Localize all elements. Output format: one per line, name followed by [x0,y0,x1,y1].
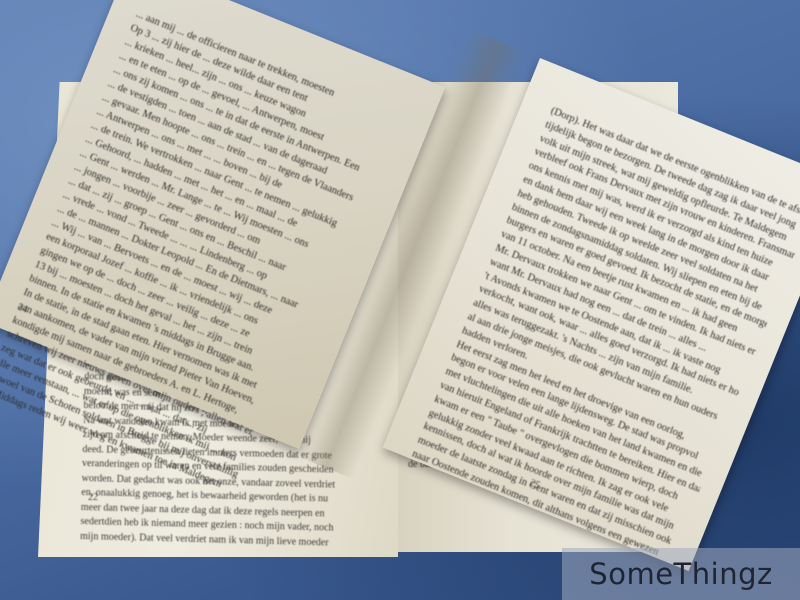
watermark-logo: SomeThingz [562,548,800,600]
page-number-22: 22 [88,492,98,503]
